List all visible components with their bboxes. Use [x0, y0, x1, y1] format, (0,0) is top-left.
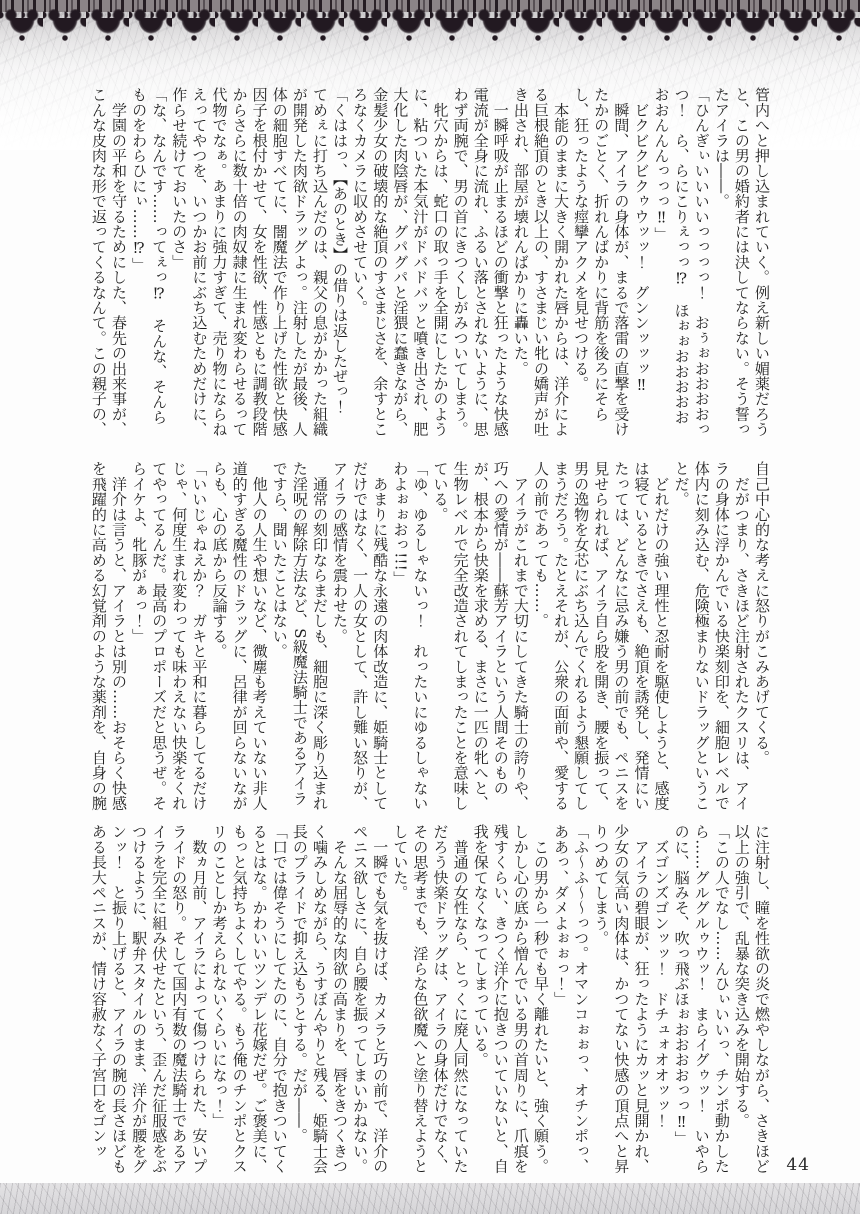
text-block-middle: 自己中心的な考えに怒りがこみあげてくる。 だがつまり、さきほど注射されたクスリは… — [89, 461, 772, 813]
paragraph: だがつまり、さきほど注射されたクスリは、アイラの身体に浮かんでいる快楽刻印を、細… — [672, 461, 752, 813]
paragraph: 数ヵ月前、アイラによって傷つけられた、安いプライドの怒り。そして国内有数の魔法騎… — [89, 824, 210, 1176]
lace-scallops — [0, 18, 860, 46]
page-number: 44 — [786, 1155, 810, 1175]
paragraph: 「いいじゃねえか？ ガキと平和に暮らしてるだけじゃ、何度生まれ変わっても味わえな… — [129, 461, 209, 813]
paragraph: 「ひんぎぃいいいいっっっっ！ おぅぉおおおおっつ！ ら、らにこりぇっっ⁉ ほぉぉ… — [651, 87, 711, 439]
paragraph: 「な、なんです……ってぇっ⁉ そんな、そんらものをわらひにぃ……⁉」 — [129, 87, 169, 439]
lace-border-top — [0, 0, 860, 46]
paragraph: そんな屈辱的な肉欲の高まりを、唇をきつくきつく噛みしめながら、うすぼんやりと残る… — [290, 824, 350, 1176]
book-page: 管内へと押し込まれていく。例え新しい媚薬だろうと、この男の婚約者には決してならな… — [0, 0, 860, 1214]
paragraph: ビクビクビクゥウッッ！ グンンッッッ‼ — [631, 87, 651, 439]
paragraph: 洋介は言うと、アイラとは別の……おそらく快感を飛躍的に高める幻覚剤のような薬剤を… — [89, 461, 129, 813]
paragraph: 本能のままに大きく開かれた唇からは、洋介による巨根絶頂のとき以上の、すさまじい牝… — [511, 87, 571, 439]
paragraph: 一瞬呼吸が止まるほどの衝撃と狂ったような快感電流が全身に流れ、ふるい落とされない… — [451, 87, 511, 439]
paragraph: アイラがこれまで大切にしてきた騎士の誇りや、巧への愛情が――蘇芳アイラという人間… — [430, 461, 530, 813]
paragraph: アイラの碧眼が、狂ったようにカッと見開かれ、少女の気高い肉体は、かつてない快感の… — [591, 824, 651, 1176]
paragraph: 瞬間、アイラの身体が、まるで落雷の直撃を受けたかのごとく、折れんばかりに背筋を後… — [571, 87, 631, 439]
paragraph: ズゴンズゴンッッ！ ドチュォオオッッ！ — [651, 824, 671, 1176]
paragraph: あまりに残酷な永遠の肉体改造に、姫騎士としてだけではなく、一人の女として、許し難… — [330, 461, 390, 813]
paragraph: 「口では偉そうにしてたのに、自分で抱きついてくるとはな。かわいいツンデレ花嫁だぜ… — [209, 824, 289, 1176]
text-block-top: 管内へと押し込まれていく。例え新しい媚薬だろうと、この男の婚約者には決してならな… — [89, 87, 772, 439]
paragraph: どれだけの強い理性と忍耐を駆使しようと、感度は寝ているときでさえも、絶頂を誘発し… — [531, 461, 672, 813]
paragraph: 学園の平和を守るためにした、春先の出来事が、こんな皮肉な形で返ってくるなんて。こ… — [89, 87, 129, 439]
paragraph: 「くははっ、【あのとき】の借りは返したぜっ！ てめぇに打ち込んだのは、親父の息が… — [169, 87, 350, 439]
paragraph: 他人の人生や想いなど、微塵も考えていない非人道的すぎる魔性のドラッグに、呂律が回… — [209, 461, 269, 813]
paragraph: 一瞬でも気を抜けば、カメラと巧の前で、洋介のペニス欲しさに、自ら腰を振ってしまい… — [350, 824, 390, 1176]
paper-texture-bottom — [0, 1183, 860, 1214]
paragraph: 通常の刻印ならまだしも、細胞に深く彫り込まれた淫呪の解除方法など、S級魔法騎士で… — [270, 461, 330, 813]
paragraph: 自己中心的な考えに怒りがこみあげてくる。 — [752, 461, 772, 813]
paragraph: 普通の女性なら、とっくに廃人同然になっていただろう快楽ドラッグは、アイラの身体だ… — [390, 824, 470, 1176]
paragraph: この男から一秒でも早く離れたいと、強く願う。しかし心の底から憎んでいる男の首周り… — [471, 824, 551, 1176]
paragraph: 「ふ〜ふ〜〜っつ。オマンコぉぉっ、オチンポっ、ああっ、ダメよぉぉっ！」 — [551, 824, 591, 1176]
paragraph: 管内へと押し込まれていく。例え新しい媚薬だろうと、この男の婚約者には決してならな… — [712, 87, 772, 439]
paragraph: に注射し、瞳を性欲の炎で燃やしながら、さきほど以上の強引で、乱暴な突き込みを開始… — [732, 824, 772, 1176]
paragraph: 牝穴からは、蛇口の取っ手を全開にしたかのように、粘ついた本気汁がドバドバッと噴き… — [350, 87, 450, 439]
text-block-bottom: に注射し、瞳を性欲の炎で燃やしながら、さきほど以上の強引で、乱暴な突き込みを開始… — [89, 824, 772, 1176]
lace-medallions — [0, 9, 860, 21]
paragraph: 「ゆ、ゆるしゃないっ！ れったいにゆるしゃないわよぉぉおっ!!!」 — [390, 461, 430, 813]
paragraph: 「この人でなし……んひぃいいっ、チンポ動かしたら……グルグルゥウッ！ まらイグゥ… — [672, 824, 732, 1176]
lace-band — [0, 0, 860, 12]
